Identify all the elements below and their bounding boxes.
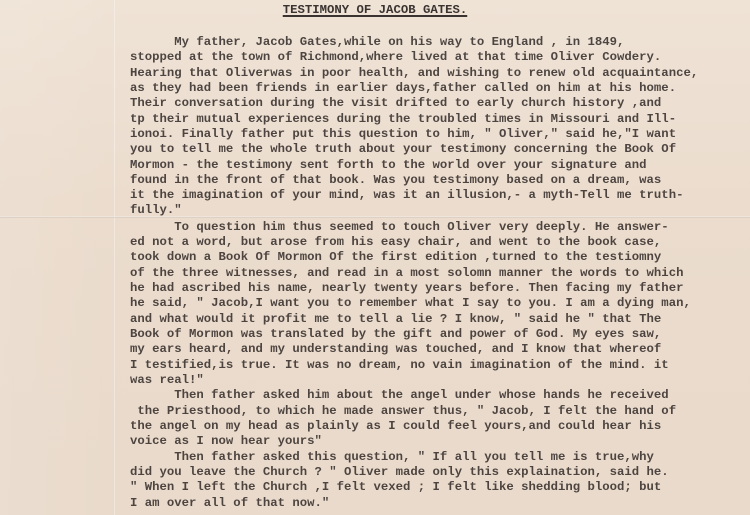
document-line: he had ascribed his name, nearly twenty … [130, 281, 683, 295]
document-line: Mormon - the testimony sent forth to the… [130, 158, 647, 172]
document-line: the angel on my head as plainly as I cou… [130, 419, 661, 433]
document-line: I am over all of that now." [130, 496, 329, 510]
document-line: the Priesthood, to which he made answer … [130, 404, 676, 418]
document-line: was real!" [130, 373, 204, 387]
paper-fold-crease [0, 216, 750, 218]
document-line: voice as I now hear yours" [130, 434, 322, 448]
document-line: fully." [130, 203, 182, 217]
document-line: stopped at the town of Richmond,where li… [130, 50, 661, 64]
document-line: Book of Mormon was translated by the gif… [130, 327, 661, 341]
document-line: Then father asked this question, " If al… [130, 450, 654, 464]
document-line: tp their mutual experiences during the t… [130, 112, 676, 126]
document-line: did you leave the Church ? " Oliver made… [130, 465, 669, 479]
paper-fold-vertical [114, 0, 115, 515]
document-line: ionoi. Finally father put this question … [130, 127, 676, 141]
document-line: took down a Book Of Mormon Of the first … [130, 250, 661, 264]
document-title: TESTIMONY OF JACOB GATES. [0, 3, 750, 17]
document-line: I testified,is true. It was no dream, no… [130, 358, 669, 372]
document-line: " When I left the Church ,I felt vexed ;… [130, 480, 661, 494]
document-line: it the imagination of your mind, was it … [130, 188, 683, 202]
document-line: he said, " Jacob,I want you to remember … [130, 296, 691, 310]
document-line: you to tell me the whole truth about you… [130, 142, 676, 156]
document-line: my ears heard, and my understanding was … [130, 342, 661, 356]
document-line: and what would it profit me to tell a li… [130, 312, 661, 326]
document-line: Hearing that Oliverwas in poor health, a… [130, 66, 698, 80]
document-line: My father, Jacob Gates,while on his way … [130, 35, 624, 49]
document-line: as they had been friends in earlier days… [130, 81, 676, 95]
document-line: ed not a word, but arose from his easy c… [130, 235, 661, 249]
document-line: Their conversation during the visit drif… [130, 96, 661, 110]
document-line: To question him thus seemed to touch Oli… [130, 220, 669, 234]
document-line: found in the front of that book. Was you… [130, 173, 661, 187]
document-line: of the three witnesses, and read in a mo… [130, 266, 683, 280]
document-line: Then father asked him about the angel un… [130, 388, 669, 402]
document-title-text: TESTIMONY OF JACOB GATES. [283, 3, 467, 17]
